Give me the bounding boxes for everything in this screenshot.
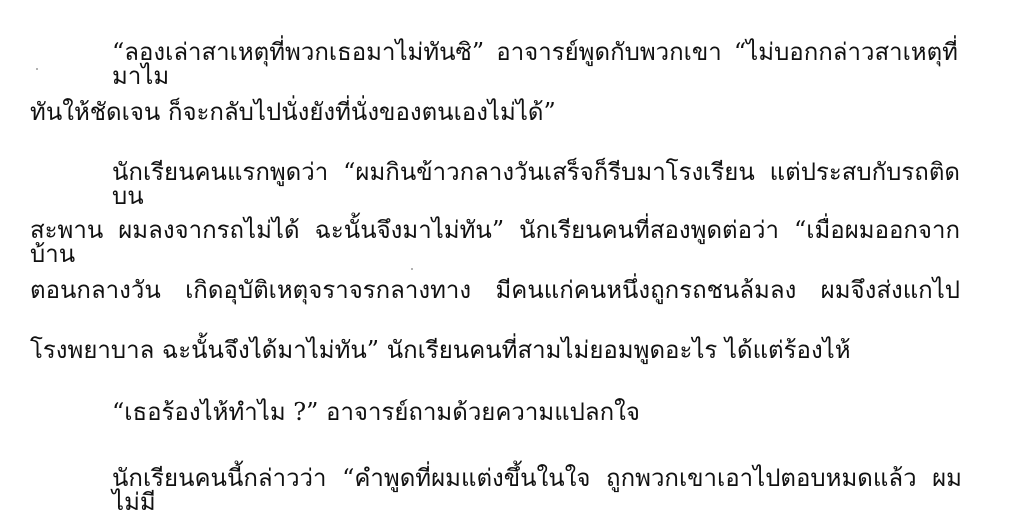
text-line-7: “เธอร้องไห้ทำไม ?” อาจารย์ถามด้วยความแปล… [112, 400, 640, 424]
scan-speck [36, 68, 38, 70]
text-line-1: “ลองเล่าสาเหตุที่พวกเธอมาไม่ทันซิ” อาจาร… [112, 40, 958, 88]
scan-speck [411, 268, 413, 270]
text-line-6: โรงพยาบาล ฉะนั้นจึงได้มาไม่ทัน” นักเรียน… [30, 338, 851, 362]
text-line-3: นักเรียนคนแรกพูดว่า “ผมกินข้าวกลางวันเสร… [112, 160, 960, 208]
text-line-4: สะพาน ผมลงจากรถไม่ได้ ฉะนั้นจึงมาไม่ทัน”… [30, 218, 960, 266]
text-line-5: ตอนกลางวัน เกิดอุบัติเหตุจราจรกลางทาง มี… [30, 278, 960, 302]
text-line-8: นักเรียนคนนี้กล่าวว่า “คำพูดที่ผมแต่งขึ้… [112, 466, 962, 514]
text-line-2: ทันให้ชัดเจน ก็จะกลับไปนั่งยังที่นั่งของ… [30, 100, 556, 124]
document-page: “ลองเล่าสาเหตุที่พวกเธอมาไม่ทันซิ” อาจาร… [0, 0, 1024, 525]
